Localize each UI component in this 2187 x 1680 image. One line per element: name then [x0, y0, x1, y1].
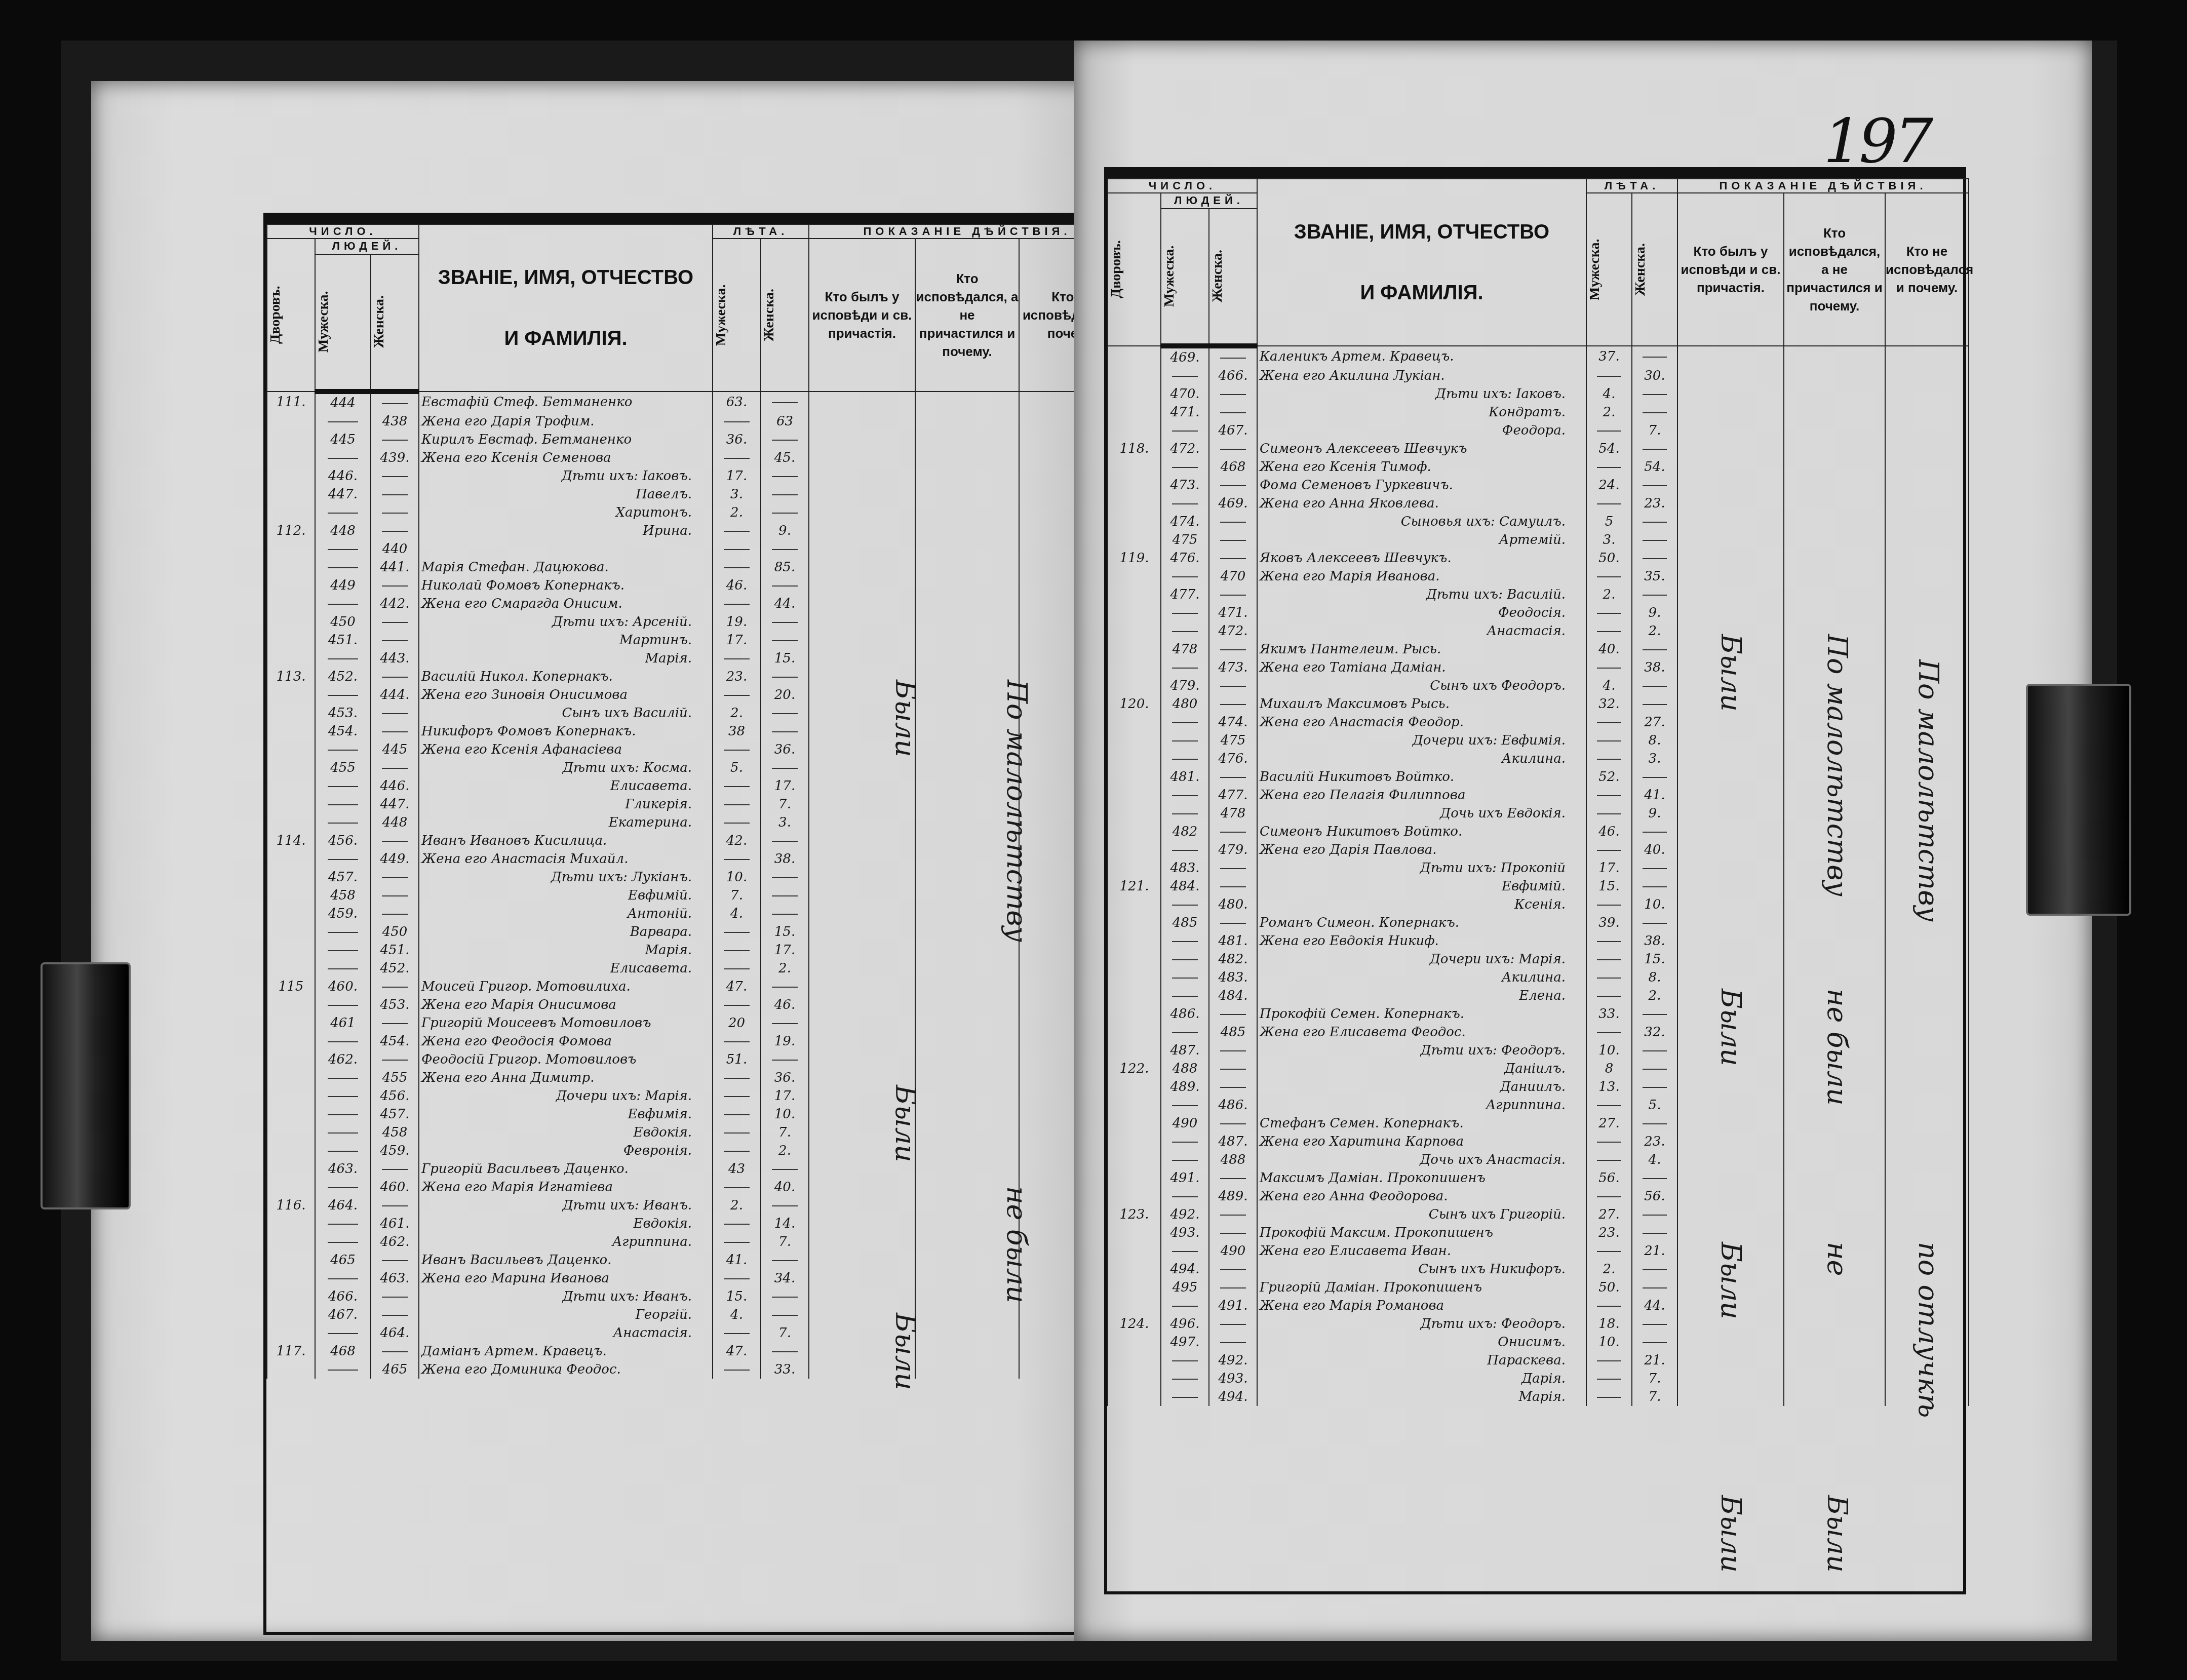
person-name: Жена его Анастасія Феодор.	[1257, 713, 1586, 731]
header-age-female: Женска.	[761, 239, 809, 392]
age-female	[761, 431, 809, 449]
remark-confessed	[1677, 494, 1784, 513]
household-number	[1108, 367, 1161, 385]
empty-dash	[328, 859, 358, 860]
female-number	[371, 759, 419, 777]
remark-confessed	[809, 392, 915, 412]
header-people-male: Мужеска.	[315, 254, 371, 392]
female-number: 454.	[371, 1032, 419, 1050]
age-female	[1632, 1260, 1677, 1278]
empty-dash	[1597, 631, 1621, 632]
table-row: 467.Георгій.4.	[267, 1306, 1125, 1324]
empty-dash	[1643, 1050, 1667, 1051]
person-name: Марія.	[419, 649, 713, 668]
table-row: 474.Сыновья ихъ: Самуилъ.5	[1108, 513, 1969, 531]
empty-dash	[382, 585, 408, 587]
age-male: 27.	[1586, 1114, 1632, 1132]
empty-dash	[382, 622, 408, 623]
age-male: 47.	[713, 1342, 761, 1360]
remark-confessed	[1677, 567, 1784, 585]
remark-not-communed	[1784, 367, 1885, 385]
household-number	[1108, 494, 1161, 513]
age-female	[1632, 695, 1677, 713]
header-name-line1: ЗВАНІЕ, ИМЯ, ОТЧЕСТВО	[1258, 202, 1586, 262]
remark-confessed	[1677, 859, 1784, 877]
table-row: 448Екатерина.3.	[267, 813, 1125, 832]
age-male	[713, 795, 761, 813]
male-number: 468	[315, 1342, 371, 1360]
table-row: 458Евфимій.7.	[267, 886, 1125, 905]
age-female	[1632, 403, 1677, 421]
empty-dash	[1643, 1287, 1667, 1288]
age-male: 50.	[1586, 1278, 1632, 1297]
female-number	[1209, 1041, 1257, 1060]
empty-dash	[1220, 1087, 1246, 1088]
person-name: Дѣти ихъ: Иванъ.	[419, 1287, 713, 1306]
right-remark-confessed-1: Были	[1715, 634, 1747, 712]
age-female	[761, 722, 809, 740]
remark-not-confessed	[1885, 1224, 1969, 1242]
age-male	[713, 777, 761, 795]
table-row: 451.Мартинъ.17.	[267, 631, 1125, 649]
female-number: 463.	[371, 1269, 419, 1287]
remark-confessed	[809, 576, 915, 595]
female-number: 481.	[1209, 932, 1257, 950]
person-name: Дарія.	[1257, 1370, 1586, 1388]
male-number	[1161, 1187, 1209, 1205]
remark-confessed	[1677, 1224, 1784, 1242]
empty-dash	[1172, 941, 1198, 942]
empty-dash	[1220, 558, 1246, 559]
household-number	[1108, 823, 1161, 841]
empty-dash	[1643, 649, 1667, 650]
remark-confessed	[1677, 440, 1784, 458]
household-number	[267, 868, 315, 886]
age-female	[1632, 859, 1677, 877]
person-name: Жена его Ксенія Тимоф.	[1257, 458, 1586, 476]
male-number	[315, 740, 371, 759]
male-number	[315, 649, 371, 668]
open-book: ЧИСЛО. ЗВАНІЕ, ИМЯ, ОТЧЕСТВО И ФАМИЛІЯ. …	[61, 41, 2117, 1661]
person-name: Кирилъ Евстаф. Бетманенко	[419, 431, 713, 449]
header-name-line2: И ФАМИЛІЯ.	[419, 308, 712, 369]
age-female	[1632, 346, 1677, 367]
header-name-line1: ЗВАНІЕ, ИМЯ, ОТЧЕСТВО	[419, 247, 712, 308]
male-number: 474.	[1161, 513, 1209, 531]
age-male	[713, 850, 761, 868]
table-row: 454.Жена его Феодосія Фомова19.	[267, 1032, 1125, 1050]
age-male: 4.	[1586, 385, 1632, 403]
remark-not-confessed	[1885, 1169, 1969, 1187]
age-male: 15.	[713, 1287, 761, 1306]
right-remark-not-confessed-2: по отлучкѣ	[1912, 1242, 1944, 1418]
male-number: 467.	[315, 1306, 371, 1324]
age-female	[761, 1050, 809, 1069]
remark-not-confessed	[1885, 476, 1969, 494]
remark-not-communed	[915, 978, 1019, 996]
age-female	[1632, 549, 1677, 567]
female-number: 486.	[1209, 1096, 1257, 1114]
age-male	[1586, 1151, 1632, 1169]
age-female	[761, 631, 809, 649]
empty-dash	[1643, 923, 1667, 924]
age-female: 21.	[1632, 1351, 1677, 1370]
empty-dash	[328, 1151, 358, 1152]
male-number	[315, 558, 371, 576]
age-male: 10.	[1586, 1333, 1632, 1351]
remark-confessed	[1677, 877, 1784, 895]
empty-dash	[724, 1041, 750, 1042]
empty-dash	[772, 513, 798, 514]
empty-dash	[1643, 1233, 1667, 1234]
empty-dash	[772, 1169, 798, 1170]
female-number: 459.	[371, 1142, 419, 1160]
male-number	[315, 1269, 371, 1287]
empty-dash	[1643, 686, 1667, 687]
female-number	[371, 1342, 419, 1360]
female-number	[371, 668, 419, 686]
header-chislo: ЧИСЛО.	[1108, 179, 1257, 193]
male-number	[1161, 804, 1209, 823]
male-number: 449	[315, 576, 371, 595]
age-male	[713, 1087, 761, 1105]
age-male: 2.	[713, 1196, 761, 1215]
table-row: 473.Фома Семеновъ Гуркевичъ.24.	[1108, 476, 1969, 494]
remark-not-communed	[915, 1160, 1019, 1178]
remark-confessed	[1677, 367, 1784, 385]
empty-dash	[328, 567, 358, 568]
person-name: Анастасія.	[419, 1324, 713, 1342]
remark-not-communed	[915, 649, 1019, 668]
male-number	[315, 795, 371, 813]
male-number: 478	[1161, 640, 1209, 658]
empty-dash	[328, 604, 358, 605]
remark-confessed	[809, 467, 915, 485]
household-number	[1108, 841, 1161, 859]
remark-confessed	[1677, 750, 1784, 768]
table-row: 466.Жена его Акилина Лукіан.30.	[1108, 367, 1969, 385]
header-not-confessed: Кто не исповѣдался и почему.	[1885, 193, 1969, 346]
age-male: 17.	[1586, 859, 1632, 877]
age-male	[713, 522, 761, 540]
household-number	[1108, 968, 1161, 987]
empty-dash	[1643, 1123, 1667, 1124]
age-female: 5.	[1632, 1096, 1677, 1114]
left-page: ЧИСЛО. ЗВАНІЕ, ИМЯ, ОТЧЕСТВО И ФАМИЛІЯ. …	[91, 81, 1119, 1641]
female-number	[371, 1196, 419, 1215]
header-dvorov: Дворовъ.	[1108, 193, 1161, 346]
household-number	[1108, 585, 1161, 604]
empty-dash	[1643, 357, 1667, 358]
person-name: Жена его Анна Димитр.	[419, 1069, 713, 1087]
remark-not-confessed	[1885, 1151, 1969, 1169]
person-name: Жена его Доминика Феодос.	[419, 1360, 713, 1379]
female-number: 457.	[371, 1105, 419, 1123]
empty-dash	[772, 1297, 798, 1298]
age-male: 2.	[713, 704, 761, 722]
age-male	[1586, 1351, 1632, 1370]
remark-not-communed	[915, 449, 1019, 467]
female-number: 448	[371, 813, 419, 832]
empty-dash	[724, 1224, 750, 1225]
empty-dash	[1220, 394, 1246, 395]
table-row: 447.Павелъ.3.	[267, 485, 1125, 503]
age-male: 36.	[713, 431, 761, 449]
female-number	[1209, 640, 1257, 658]
age-male	[1586, 968, 1632, 987]
empty-dash	[724, 1096, 750, 1097]
age-female	[1632, 513, 1677, 531]
age-male	[713, 412, 761, 431]
empty-dash	[1172, 1251, 1198, 1252]
remark-confessed	[1677, 895, 1784, 914]
age-female: 45.	[761, 449, 809, 467]
household-number	[267, 759, 315, 777]
person-name: Евдокія.	[419, 1123, 713, 1142]
female-number	[371, 522, 419, 540]
age-female: 7.	[1632, 1388, 1677, 1406]
male-number	[1161, 658, 1209, 677]
person-name: Жена его Марина Иванова	[419, 1269, 713, 1287]
empty-dash	[724, 549, 750, 550]
remark-not-communed	[915, 522, 1019, 540]
age-female	[1632, 823, 1677, 841]
age-female	[1632, 1005, 1677, 1023]
age-male	[713, 1360, 761, 1379]
household-number	[267, 1233, 315, 1251]
remark-confessed	[1677, 823, 1784, 841]
empty-dash	[1172, 813, 1198, 814]
empty-dash	[328, 1096, 358, 1097]
age-female: 38.	[1632, 932, 1677, 950]
age-female: 34.	[761, 1269, 809, 1287]
empty-dash	[1597, 613, 1621, 614]
empty-dash	[382, 440, 408, 441]
empty-dash	[1597, 1306, 1621, 1307]
household-number	[267, 923, 315, 941]
male-number: 489.	[1161, 1078, 1209, 1096]
table-row: 491.Жена его Марія Романова44.	[1108, 1297, 1969, 1315]
remark-confessed	[1677, 403, 1784, 421]
household-number: 118.	[1108, 440, 1161, 458]
remark-confessed	[1677, 713, 1784, 731]
empty-dash	[1172, 978, 1198, 979]
female-number: 452.	[371, 959, 419, 978]
remark-not-confessed	[1885, 640, 1969, 658]
age-male	[1586, 567, 1632, 585]
table-row: 444.Жена его Зиновія Онисимова20.	[267, 686, 1125, 704]
empty-dash	[1597, 376, 1621, 377]
age-male	[713, 1032, 761, 1050]
remark-not-confessed	[1885, 1078, 1969, 1096]
age-male	[713, 1324, 761, 1342]
remark-not-communed	[1784, 549, 1885, 567]
empty-dash	[328, 932, 358, 933]
age-female: 9.	[1632, 604, 1677, 622]
female-number	[371, 832, 419, 850]
remark-confessed	[809, 850, 915, 868]
table-row: 439.Жена его Ксенія Семенова45.	[267, 449, 1125, 467]
remark-confessed	[809, 649, 915, 668]
empty-dash	[724, 1151, 750, 1152]
table-row: 443.Марія.15.	[267, 649, 1125, 668]
person-name: Дочери ихъ: Евфимія.	[1257, 731, 1586, 750]
empty-dash	[1172, 850, 1198, 851]
age-female	[1632, 1114, 1677, 1132]
header-people-male: Мужеска.	[1161, 209, 1209, 346]
empty-dash	[1220, 1215, 1246, 1216]
age-female: 23.	[1632, 494, 1677, 513]
empty-dash	[382, 713, 408, 714]
remark-confessed	[1677, 1132, 1784, 1151]
remark-not-communed	[915, 959, 1019, 978]
male-number: 455	[315, 759, 371, 777]
table-row: 492.Параскева.21.	[1108, 1351, 1969, 1370]
age-female	[1632, 1315, 1677, 1333]
female-number	[1209, 1278, 1257, 1297]
remark-not-communed	[1784, 458, 1885, 476]
remark-not-confessed	[1885, 968, 1969, 987]
remark-confessed	[1677, 914, 1784, 932]
male-number	[315, 850, 371, 868]
household-number	[1108, 895, 1161, 914]
remark-confessed	[809, 540, 915, 558]
empty-dash	[724, 968, 750, 969]
remark-not-communed	[915, 392, 1019, 412]
remark-not-communed	[1784, 1315, 1885, 1333]
household-number	[1108, 713, 1161, 731]
table-row: 465Жена его Доминика Феодос.33.	[267, 1360, 1125, 1379]
header-lyudei: ЛЮДЕЙ.	[315, 239, 419, 254]
female-number	[371, 722, 419, 740]
age-female	[761, 704, 809, 722]
female-number: 494.	[1209, 1388, 1257, 1406]
age-female: 35.	[1632, 567, 1677, 585]
empty-dash	[1172, 1160, 1198, 1161]
male-number: 453.	[315, 704, 371, 722]
remark-confessed	[809, 595, 915, 613]
empty-dash	[772, 440, 798, 441]
female-number	[371, 1050, 419, 1069]
age-female: 2.	[1632, 622, 1677, 640]
header-pokazanie: ПОКАЗАНІЕ ДѢЙСТВІЯ.	[1677, 179, 1969, 193]
person-name: Жена его Акилина Лукіан.	[1257, 367, 1586, 385]
remark-confessed	[809, 1160, 915, 1178]
empty-dash	[1597, 978, 1621, 979]
household-number	[267, 996, 315, 1014]
age-female: 38.	[761, 850, 809, 868]
household-number	[267, 1142, 315, 1160]
male-number: 471.	[1161, 403, 1209, 421]
empty-dash	[724, 658, 750, 659]
person-name: Агриппина.	[419, 1233, 713, 1251]
empty-dash	[328, 1114, 358, 1115]
header-chislo: ЧИСЛО.	[267, 224, 419, 239]
female-number: 444.	[371, 686, 419, 704]
remark-not-communed	[1784, 567, 1885, 585]
household-number	[267, 1069, 315, 1087]
age-male: 46.	[713, 576, 761, 595]
person-name: Григорій Васильевъ Даценко.	[419, 1160, 713, 1178]
empty-dash	[1220, 449, 1246, 450]
household-number: 115	[267, 978, 315, 996]
age-male	[1586, 804, 1632, 823]
remark-confessed	[809, 613, 915, 631]
table-row: 441.Марія Стефан. Дацюкова.85.	[267, 558, 1125, 576]
empty-dash	[1597, 905, 1621, 906]
remark-not-communed	[1784, 403, 1885, 421]
left-remark-confessed-3: Были	[889, 1313, 921, 1390]
age-male	[1586, 750, 1632, 768]
empty-dash	[1220, 1269, 1246, 1270]
male-number: 488	[1161, 1060, 1209, 1078]
age-female	[761, 668, 809, 686]
age-male: 24.	[1586, 476, 1632, 494]
female-number: 492.	[1209, 1351, 1257, 1370]
empty-dash	[724, 1132, 750, 1134]
female-number	[1209, 859, 1257, 877]
age-male: 4.	[713, 905, 761, 923]
person-name: Жена его Марія Романова	[1257, 1297, 1586, 1315]
empty-dash	[382, 1060, 408, 1061]
table-row: 457.Евфимія.10.	[267, 1105, 1125, 1123]
empty-dash	[724, 531, 750, 532]
person-name: Прокофій Семен. Копернакъ.	[1257, 1005, 1586, 1023]
empty-dash	[1643, 540, 1667, 541]
female-number: 458	[371, 1123, 419, 1142]
empty-dash	[382, 1260, 408, 1261]
empty-dash	[772, 1060, 798, 1061]
male-number	[315, 1324, 371, 1342]
table-row: 454.Никифоръ Фомовъ Копернакъ.38	[267, 722, 1125, 740]
remark-confessed	[1677, 968, 1784, 987]
empty-dash	[1597, 1360, 1621, 1361]
female-number: 491.	[1209, 1297, 1257, 1315]
remark-confessed	[809, 412, 915, 431]
header-not-communed: Кто исповѣдался, а не причастился и поче…	[915, 239, 1019, 392]
empty-dash	[328, 1078, 358, 1079]
remark-confessed	[809, 449, 915, 467]
age-female: 15.	[761, 649, 809, 668]
person-name: Жена его Смарагда Онисим.	[419, 595, 713, 613]
age-female	[761, 1014, 809, 1032]
empty-dash	[1597, 668, 1621, 669]
table-row: 446.Дѣти ихъ: Іаковъ.17.	[267, 467, 1125, 485]
female-number: 467.	[1209, 421, 1257, 440]
age-male: 3.	[713, 485, 761, 503]
male-number: 491.	[1161, 1169, 1209, 1187]
remark-confessed	[809, 777, 915, 795]
remark-not-communed	[1784, 1169, 1885, 1187]
age-female: 40.	[1632, 841, 1677, 859]
table-row: 440	[267, 540, 1125, 558]
empty-dash	[1597, 467, 1621, 468]
empty-dash	[724, 1005, 750, 1006]
household-number	[1108, 385, 1161, 403]
male-number: 480	[1161, 695, 1209, 713]
remark-not-communed	[915, 631, 1019, 649]
female-number	[371, 503, 419, 522]
person-name: Дѣти ихъ: Феодоръ.	[1257, 1315, 1586, 1333]
table-row: 497.Онисимъ.10.	[1108, 1333, 1969, 1351]
male-number	[315, 1215, 371, 1233]
age-female: 17.	[761, 777, 809, 795]
age-male: 47.	[713, 978, 761, 996]
empty-dash	[328, 421, 358, 422]
empty-dash	[328, 1224, 358, 1225]
table-row: 115460.Моисей Григор. Мотовилиха.47.	[267, 978, 1125, 996]
person-name: Дѣти ихъ: Іаковъ.	[1257, 385, 1586, 403]
